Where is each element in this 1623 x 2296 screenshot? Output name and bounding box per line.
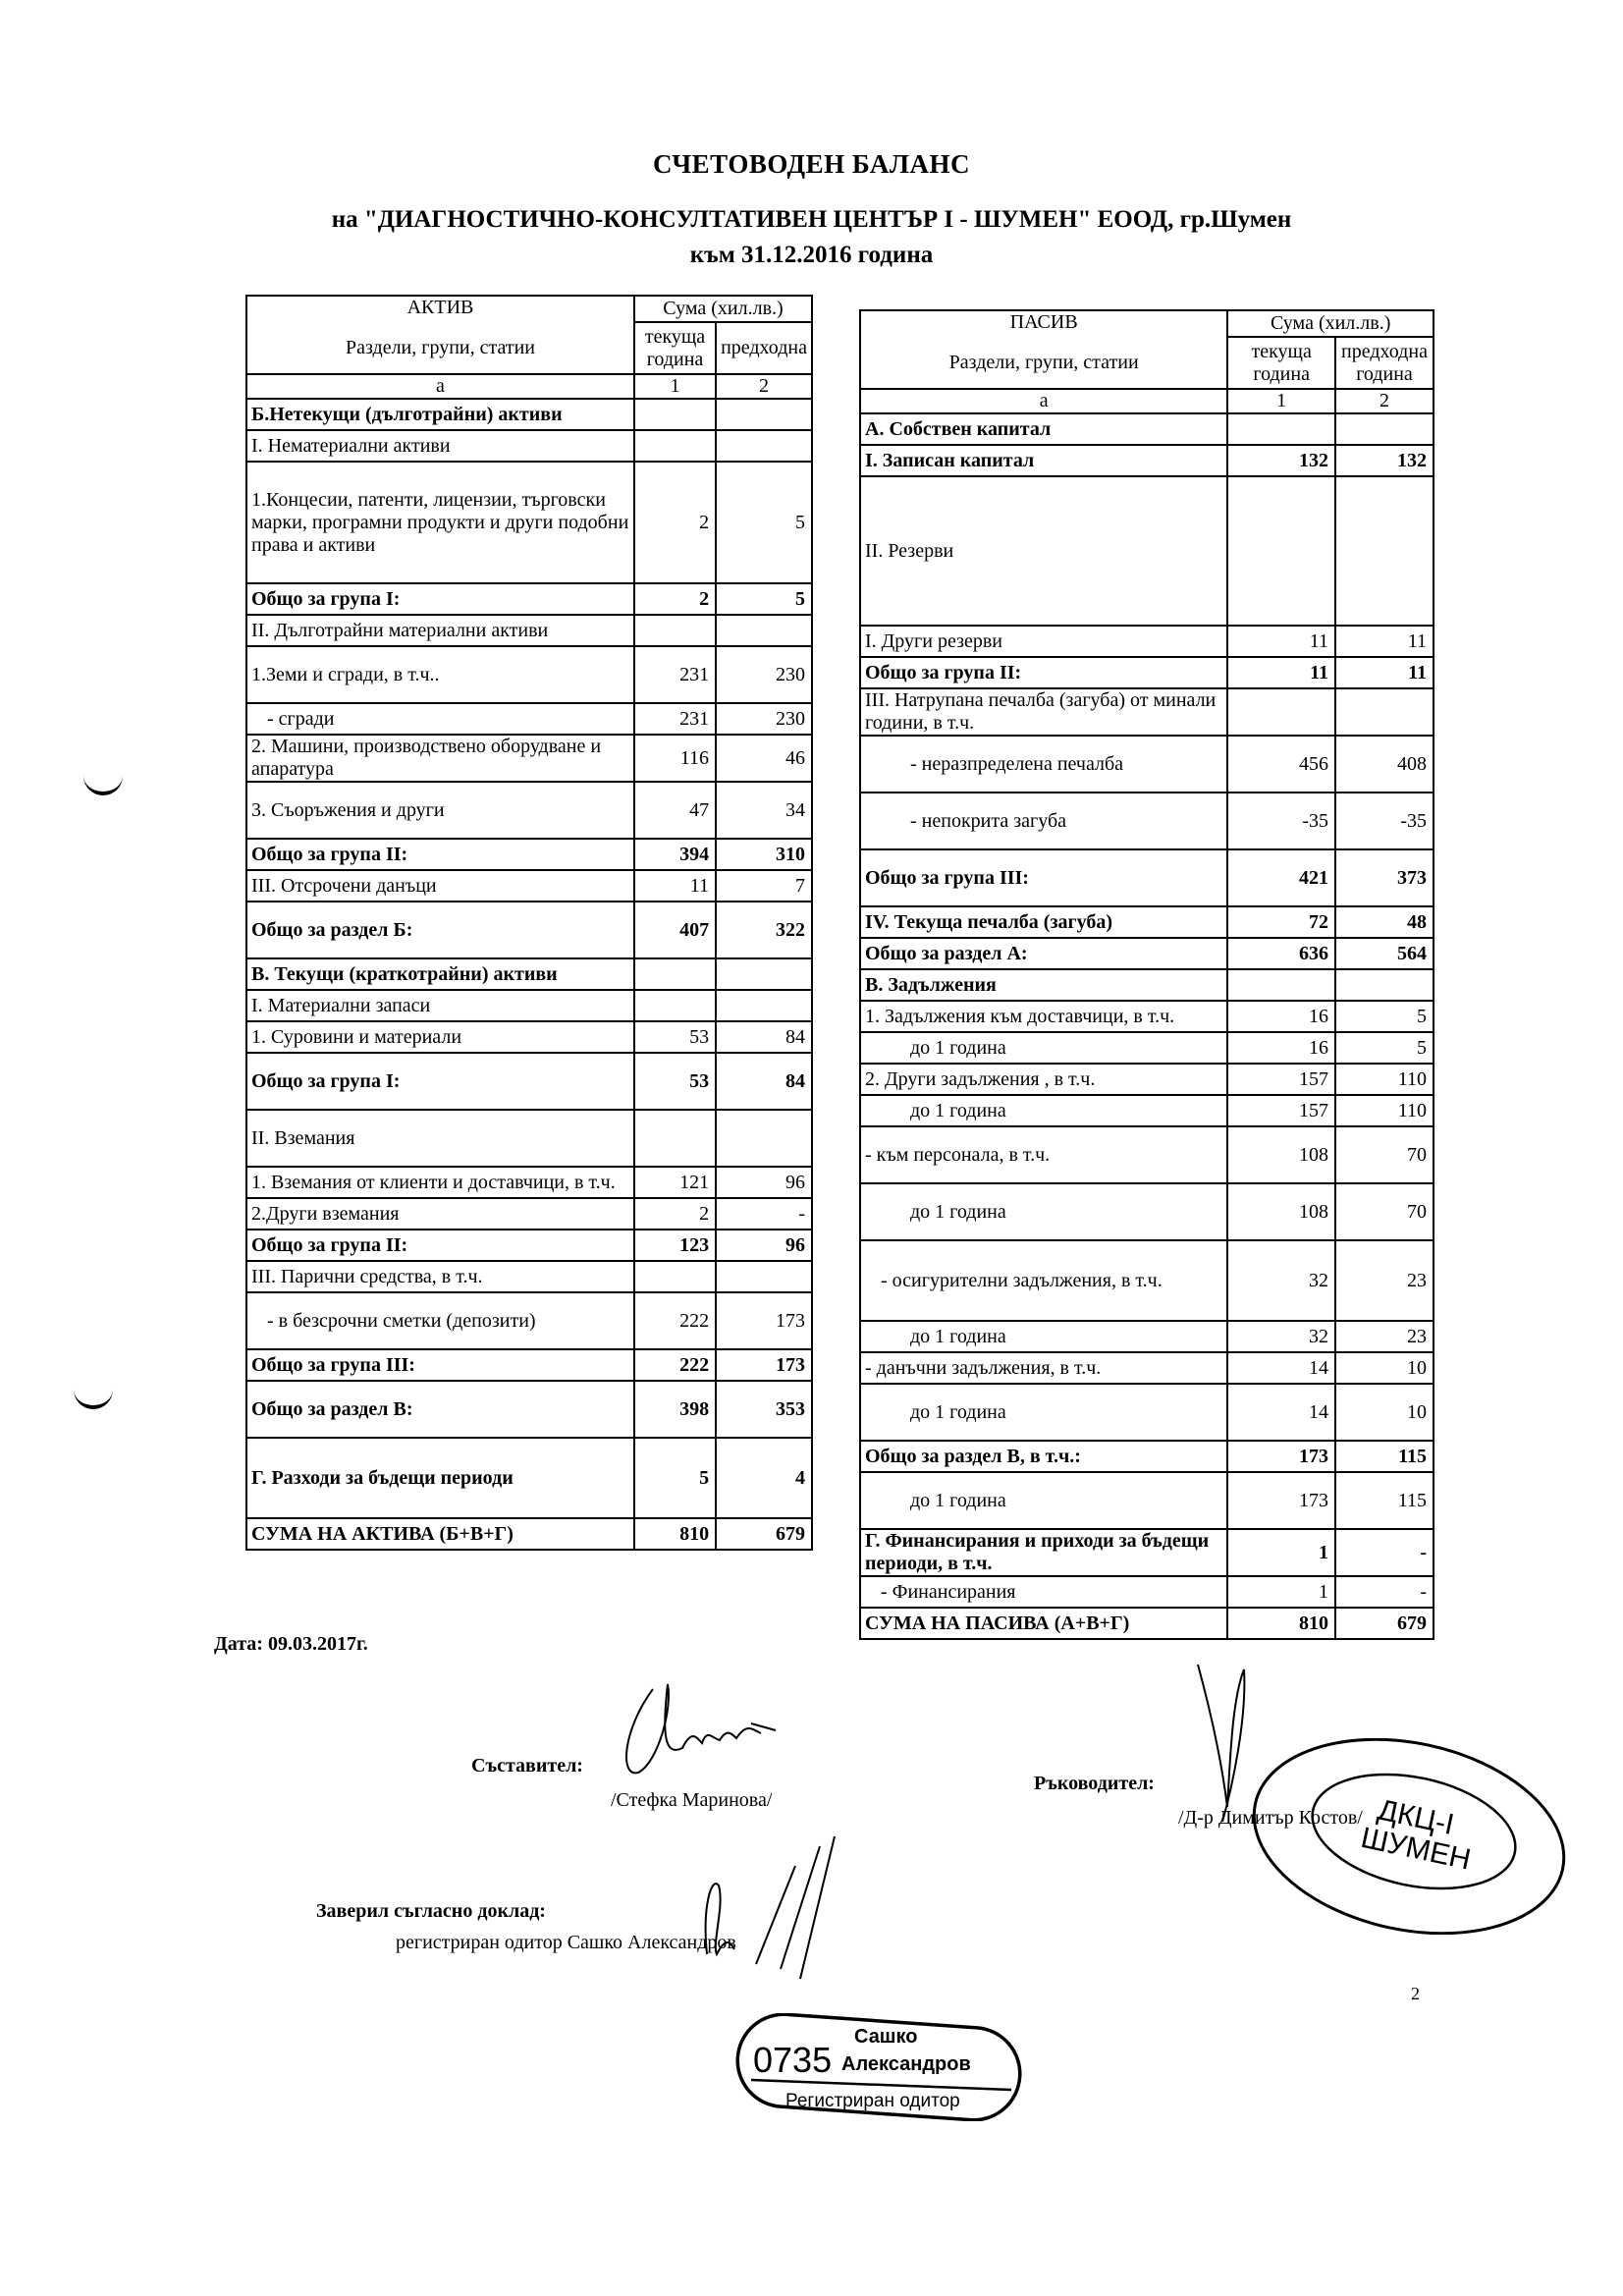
table-row: Общо за група II:394310	[246, 839, 812, 870]
row-label: 3. Съоръжения и други	[246, 782, 634, 839]
table-row: I. Други резерви1111	[860, 626, 1434, 657]
row-label: I. Други резерви	[860, 626, 1227, 657]
previous-year-value: -	[1335, 1576, 1434, 1608]
table-row: I. Материални запаси	[246, 990, 812, 1021]
current-year-value: 407	[634, 902, 716, 958]
previous-year-value: 310	[716, 839, 812, 870]
current-year-value: 32	[1227, 1321, 1335, 1352]
row-label: до 1 година	[860, 1095, 1227, 1126]
previous-year-value: 110	[1335, 1095, 1434, 1126]
row-label: III. Натрупана печалба (загуба) от минал…	[860, 688, 1227, 736]
previous-year-value	[716, 1110, 812, 1167]
table-row: - непокрита загуба-35-35	[860, 793, 1434, 849]
previous-year-value: 7	[716, 870, 812, 902]
previous-year-header: предходна година	[1335, 337, 1434, 389]
previous-year-value	[1335, 969, 1434, 1001]
current-year-value: 810	[634, 1518, 716, 1550]
compiler-label: Съставител:	[471, 1755, 583, 1777]
row-label: до 1 година	[860, 1321, 1227, 1352]
table-row: Общо за група III:421373	[860, 849, 1434, 906]
row-label: - непокрита загуба	[860, 793, 1227, 849]
row-label: до 1 година	[860, 1384, 1227, 1441]
previous-year-value: 115	[1335, 1441, 1434, 1472]
table-row: II. Вземания	[246, 1110, 812, 1167]
company-line: на "ДИАГНОСТИЧНО-КОНСУЛТАТИВЕН ЦЕНТЪР I …	[0, 206, 1623, 234]
current-year-value: 121	[634, 1167, 716, 1198]
current-year-value: 2	[634, 583, 716, 615]
table-row: Общо за група II:12396	[246, 1230, 812, 1261]
row-label: II. Вземания	[246, 1110, 634, 1167]
row-label: 2.Други вземания	[246, 1198, 634, 1230]
page-number: 2	[1411, 1984, 1420, 2004]
row-label: Общо за раздел В, в т.ч.:	[860, 1441, 1227, 1472]
current-year-value: 1	[1227, 1529, 1335, 1576]
current-year-value: 116	[634, 735, 716, 782]
current-year-value	[1227, 688, 1335, 736]
current-year-value: 636	[1227, 938, 1335, 969]
table-row: III. Отсрочени данъци117	[246, 870, 812, 902]
table-row: Общо за раздел Б:407322	[246, 902, 812, 958]
table-row: Общо за раздел А:636564	[860, 938, 1434, 969]
current-year-value: 231	[634, 646, 716, 703]
current-year-value: 32	[1227, 1240, 1335, 1321]
previous-year-value	[716, 399, 812, 430]
table-row: В. Задължения	[860, 969, 1434, 1001]
table-row: III. Парични средства, в т.ч.	[246, 1261, 812, 1292]
table-row: Общо за раздел В:398353	[246, 1381, 812, 1438]
document-date: Дата: 09.03.2017г.	[214, 1633, 368, 1656]
liabilities-title: ПАСИВ	[865, 311, 1222, 334]
auditor-stamp-name-2: Александров	[841, 2053, 971, 2075]
table-row: 1. Суровини и материали5384	[246, 1021, 812, 1053]
table-row: 2. Други задължения , в т.ч.157110	[860, 1064, 1434, 1095]
current-year-value: 14	[1227, 1384, 1335, 1441]
row-label: 2. Машини, производствено оборудване и а…	[246, 735, 634, 782]
current-year-value: 108	[1227, 1126, 1335, 1183]
previous-year-value	[716, 958, 812, 990]
row-label: Общо за раздел Б:	[246, 902, 634, 958]
current-year-value	[634, 430, 716, 462]
previous-year-value: 5	[716, 583, 812, 615]
previous-year-value: 230	[716, 646, 812, 703]
previous-year-value: 11	[1335, 626, 1434, 657]
current-year-value: 11	[1227, 657, 1335, 688]
auditor-stamp: 0735 Сашко Александров Регистриран одито…	[731, 2013, 1026, 2121]
current-year-value	[1227, 476, 1335, 626]
index-cell: 1	[1227, 389, 1335, 413]
row-label: СУМА НА ПАСИВА (А+В+Г)	[860, 1608, 1227, 1639]
current-year-value: 810	[1227, 1608, 1335, 1639]
previous-year-header: предходна	[716, 322, 812, 374]
previous-year-value: 408	[1335, 736, 1434, 793]
row-label: Общо за група II:	[246, 1230, 634, 1261]
auditor-line: регистриран одитор Сашко Александров	[396, 1932, 736, 1954]
current-year-value: 14	[1227, 1352, 1335, 1384]
column-label: Раздели, групи, статии	[251, 337, 629, 359]
table-row: до 1 година10870	[860, 1183, 1434, 1240]
current-year-value: 53	[634, 1021, 716, 1053]
date-line: към 31.12.2016 година	[0, 242, 1623, 269]
table-row: - данъчни задължения, в т.ч.1410	[860, 1352, 1434, 1384]
punch-hole-mark	[83, 776, 123, 795]
previous-year-value: 96	[716, 1230, 812, 1261]
row-label: Общо за група II:	[860, 657, 1227, 688]
table-row: - Финансирания1-	[860, 1576, 1434, 1608]
previous-year-value: -	[1335, 1529, 1434, 1576]
row-label: Общо за раздел А:	[860, 938, 1227, 969]
row-label: Общо за група I:	[246, 583, 634, 615]
index-cell: 1	[634, 374, 716, 399]
current-year-header: текуща година	[634, 322, 716, 374]
current-year-value: 2	[634, 1198, 716, 1230]
current-year-value	[634, 1110, 716, 1167]
previous-year-value: 353	[716, 1381, 812, 1438]
current-year-value: 421	[1227, 849, 1335, 906]
previous-year-value: 5	[1335, 1001, 1434, 1032]
previous-year-value: -35	[1335, 793, 1434, 849]
auditor-stamp-title: Регистриран одитор	[785, 2091, 960, 2111]
current-year-value: -35	[1227, 793, 1335, 849]
row-label: до 1 година	[860, 1183, 1227, 1240]
previous-year-value: 34	[716, 782, 812, 839]
previous-year-value	[1335, 688, 1434, 736]
previous-year-value: 115	[1335, 1472, 1434, 1529]
row-label: - Финансирания	[860, 1576, 1227, 1608]
previous-year-value: 322	[716, 902, 812, 958]
current-year-value: 11	[1227, 626, 1335, 657]
row-label: 1.Земи и сгради, в т.ч..	[246, 646, 634, 703]
previous-year-value	[716, 990, 812, 1021]
table-row: 1. Вземания от клиенти и доставчици, в т…	[246, 1167, 812, 1198]
current-year-value: 157	[1227, 1095, 1335, 1126]
previous-year-value: 373	[1335, 849, 1434, 906]
current-year-value: 123	[634, 1230, 716, 1261]
company-seal: ДКЦ-I ШУМЕН	[1247, 1738, 1571, 1935]
current-year-value: 157	[1227, 1064, 1335, 1095]
previous-year-value	[1335, 476, 1434, 626]
previous-year-value: 11	[1335, 657, 1434, 688]
table-row: IV. Текуща печалба (загуба)7248	[860, 906, 1434, 938]
row-label: III. Отсрочени данъци	[246, 870, 634, 902]
current-year-value: 1	[1227, 1576, 1335, 1608]
previous-year-value: -	[716, 1198, 812, 1230]
current-year-value: 5	[634, 1438, 716, 1518]
previous-year-value	[716, 1261, 812, 1292]
previous-year-value: 70	[1335, 1183, 1434, 1240]
previous-year-value: 5	[716, 462, 812, 583]
row-label: - неразпределена печалба	[860, 736, 1227, 793]
row-label: Общо за група I:	[246, 1053, 634, 1110]
current-year-value: 456	[1227, 736, 1335, 793]
row-label: III. Парични средства, в т.ч.	[246, 1261, 634, 1292]
previous-year-value: 96	[716, 1167, 812, 1198]
previous-year-value: 679	[716, 1518, 812, 1550]
table-row: 1. Задължения към доставчици, в т.ч.165	[860, 1001, 1434, 1032]
previous-year-value: 173	[716, 1292, 812, 1349]
previous-year-value	[1335, 413, 1434, 445]
previous-year-value: 23	[1335, 1240, 1434, 1321]
row-label: Общо за група III:	[246, 1349, 634, 1381]
compiler-name: /Стефка Маринова/	[611, 1789, 772, 1812]
table-row: Общо за раздел В, в т.ч.:173115	[860, 1441, 1434, 1472]
current-year-value: 11	[634, 870, 716, 902]
table-row: Общо за група I:25	[246, 583, 812, 615]
table-row: Г. Разходи за бъдещи периоди54	[246, 1438, 812, 1518]
sum-header: Сума (хил.лв.)	[1227, 310, 1434, 337]
current-year-value: 173	[1227, 1441, 1335, 1472]
index-cell: а	[246, 374, 634, 399]
current-year-value: 132	[1227, 445, 1335, 476]
row-label: - осигурителни задължения, в т.ч.	[860, 1240, 1227, 1321]
previous-year-value: 4	[716, 1438, 812, 1518]
assets-header: АКТИВ Раздели, групи, статии	[246, 296, 634, 374]
index-cell: 2	[1335, 389, 1434, 413]
previous-year-value: 84	[716, 1053, 812, 1110]
current-year-value: 53	[634, 1053, 716, 1110]
table-row: I. Нематериални активи	[246, 430, 812, 462]
current-year-value: 222	[634, 1349, 716, 1381]
previous-year-value: 564	[1335, 938, 1434, 969]
row-label: Б.Нетекущи (дълготрайни) активи	[246, 399, 634, 430]
row-label: В. Текущи (краткотрайни) активи	[246, 958, 634, 990]
table-row: III. Натрупана печалба (загуба) от минал…	[860, 688, 1434, 736]
liabilities-table: ПАСИВ Раздели, групи, статии Сума (хил.л…	[859, 309, 1434, 1640]
previous-year-value: 70	[1335, 1126, 1434, 1183]
table-row: I. Записан капитал132132	[860, 445, 1434, 476]
previous-year-value: 230	[716, 703, 812, 735]
table-row: - осигурителни задължения, в т.ч.3223	[860, 1240, 1434, 1321]
row-label: Общо за раздел В:	[246, 1381, 634, 1438]
previous-year-value: 46	[716, 735, 812, 782]
table-row: 1.Земи и сгради, в т.ч..231230	[246, 646, 812, 703]
current-year-value: 16	[1227, 1001, 1335, 1032]
table-row: Г. Финансирания и приходи за бъдещи пери…	[860, 1529, 1434, 1576]
previous-year-value: 10	[1335, 1384, 1434, 1441]
previous-year-value: 23	[1335, 1321, 1434, 1352]
row-label: до 1 година	[860, 1032, 1227, 1064]
row-label: - сгради	[246, 703, 634, 735]
row-label: I. Записан капитал	[860, 445, 1227, 476]
table-row: 2.Други вземания2-	[246, 1198, 812, 1230]
current-year-value: 231	[634, 703, 716, 735]
table-row: - неразпределена печалба456408	[860, 736, 1434, 793]
current-year-value: 108	[1227, 1183, 1335, 1240]
row-label: СУМА НА АКТИВА (Б+В+Г)	[246, 1518, 634, 1550]
table-row: А. Собствен капитал	[860, 413, 1434, 445]
current-year-value: 16	[1227, 1032, 1335, 1064]
current-year-value: 72	[1227, 906, 1335, 938]
current-year-value	[1227, 413, 1335, 445]
current-year-value: 173	[1227, 1472, 1335, 1529]
current-year-value	[1227, 969, 1335, 1001]
row-label: Общо за група III:	[860, 849, 1227, 906]
auditor-stamp-number: 0735	[753, 2040, 832, 2080]
current-year-value: 47	[634, 782, 716, 839]
table-row: 2. Машини, производствено оборудване и а…	[246, 735, 812, 782]
row-label: II. Резерви	[860, 476, 1227, 626]
table-row: СУМА НА АКТИВА (Б+В+Г)810679	[246, 1518, 812, 1550]
table-row: - в безсрочни сметки (депозити)222173	[246, 1292, 812, 1349]
row-label: А. Собствен капитал	[860, 413, 1227, 445]
table-row: до 1 година157110	[860, 1095, 1434, 1126]
table-row: - към персонала, в т.ч.10870	[860, 1126, 1434, 1183]
table-row: Общо за група III:222173	[246, 1349, 812, 1381]
auditor-signature	[687, 1827, 854, 1984]
table-row: - сгради231230	[246, 703, 812, 735]
row-label: 1.Концесии, патенти, лицензии, търговски…	[246, 462, 634, 583]
previous-year-value: 132	[1335, 445, 1434, 476]
document-title: СЧЕТОВОДЕН БАЛАНС	[0, 149, 1623, 180]
current-year-value: 222	[634, 1292, 716, 1349]
current-year-value	[634, 1261, 716, 1292]
auditor-label: Заверил съгласно доклад:	[316, 1900, 546, 1923]
previous-year-value: 84	[716, 1021, 812, 1053]
table-row: II. Резерви	[860, 476, 1434, 626]
table-row: Общо за група II:1111	[860, 657, 1434, 688]
auditor-stamp-name-1: Сашко	[854, 2026, 917, 2048]
table-row: 3. Съоръжения и други4734	[246, 782, 812, 839]
compiler-signature	[614, 1669, 781, 1797]
current-year-value: 2	[634, 462, 716, 583]
table-row: 1.Концесии, патенти, лицензии, търговски…	[246, 462, 812, 583]
previous-year-value	[716, 615, 812, 646]
current-year-value: 398	[634, 1381, 716, 1438]
current-year-value	[634, 990, 716, 1021]
previous-year-value: 10	[1335, 1352, 1434, 1384]
sum-header: Сума (хил.лв.)	[634, 296, 812, 322]
punch-hole-mark	[74, 1390, 113, 1409]
table-row: СУМА НА ПАСИВА (А+В+Г)810679	[860, 1608, 1434, 1639]
previous-year-value: 110	[1335, 1064, 1434, 1095]
assets-title: АКТИВ	[251, 297, 629, 319]
current-year-value: 394	[634, 839, 716, 870]
previous-year-value: 679	[1335, 1608, 1434, 1639]
row-label: II. Дълготрайни материални активи	[246, 615, 634, 646]
current-year-header: текуща година	[1227, 337, 1335, 389]
row-label: Общо за група II:	[246, 839, 634, 870]
liabilities-header: ПАСИВ Раздели, групи, статии	[860, 310, 1227, 389]
row-label: - данъчни задължения, в т.ч.	[860, 1352, 1227, 1384]
index-cell: 2	[716, 374, 812, 399]
manager-label: Ръководител:	[1034, 1773, 1155, 1795]
previous-year-value: 5	[1335, 1032, 1434, 1064]
row-label: Г. Разходи за бъдещи периоди	[246, 1438, 634, 1518]
row-label: 1. Вземания от клиенти и доставчици, в т…	[246, 1167, 634, 1198]
current-year-value	[634, 958, 716, 990]
table-row: Общо за група I:5384	[246, 1053, 812, 1110]
row-label: I. Материални запаси	[246, 990, 634, 1021]
row-label: 1. Задължения към доставчици, в т.ч.	[860, 1001, 1227, 1032]
table-row: В. Текущи (краткотрайни) активи	[246, 958, 812, 990]
current-year-value	[634, 399, 716, 430]
manager-signature	[1193, 1660, 1252, 1827]
row-label: - в безсрочни сметки (депозити)	[246, 1292, 634, 1349]
row-label: 2. Други задължения , в т.ч.	[860, 1064, 1227, 1095]
row-label: IV. Текуща печалба (загуба)	[860, 906, 1227, 938]
table-row: Б.Нетекущи (дълготрайни) активи	[246, 399, 812, 430]
row-label: Г. Финансирания и приходи за бъдещи пери…	[860, 1529, 1227, 1576]
assets-table: АКТИВ Раздели, групи, статии Сума (хил.л…	[245, 295, 813, 1551]
table-row: до 1 година165	[860, 1032, 1434, 1064]
previous-year-value	[716, 430, 812, 462]
table-row: до 1 година3223	[860, 1321, 1434, 1352]
column-label: Раздели, групи, статии	[865, 352, 1222, 374]
table-row: II. Дълготрайни материални активи	[246, 615, 812, 646]
table-row: до 1 година1410	[860, 1384, 1434, 1441]
row-label: до 1 година	[860, 1472, 1227, 1529]
row-label: - към персонала, в т.ч.	[860, 1126, 1227, 1183]
row-label: В. Задължения	[860, 969, 1227, 1001]
previous-year-value: 48	[1335, 906, 1434, 938]
table-row: до 1 година173115	[860, 1472, 1434, 1529]
row-label: 1. Суровини и материали	[246, 1021, 634, 1053]
current-year-value	[634, 615, 716, 646]
previous-year-value: 173	[716, 1349, 812, 1381]
index-cell: а	[860, 389, 1227, 413]
row-label: I. Нематериални активи	[246, 430, 634, 462]
